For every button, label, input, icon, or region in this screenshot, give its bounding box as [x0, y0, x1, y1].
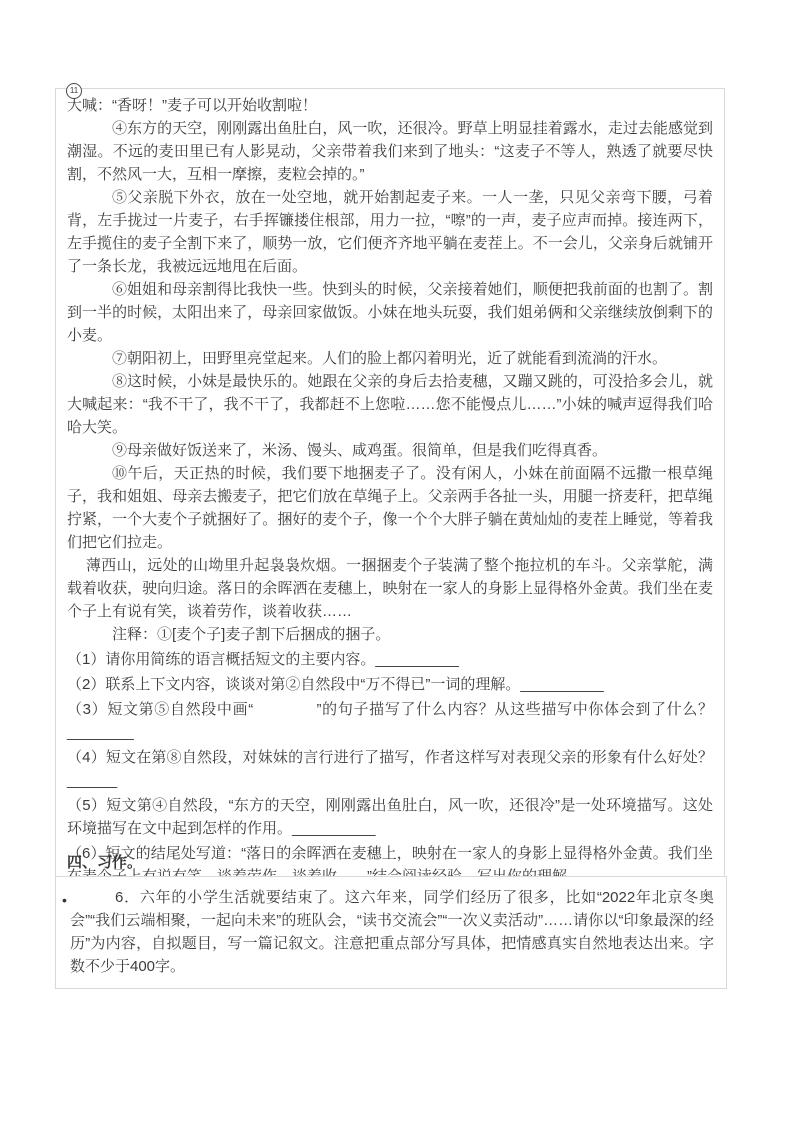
passage-paragraph: ⑤父亲脱下外衣，放在一处空地，就开始割起麦子来。一人一垄，只见父亲弯下腰，弓着背…: [67, 186, 713, 278]
section-heading-composition: 四、习作。: [67, 851, 142, 872]
question-text: （2）联系上下文内容，谈谈对第②自然段中“万不得已”一词的理解。: [67, 676, 520, 693]
question-item-4: （4）短文在第⑧自然段，对妹妹的言行进行了描写，作者这样写对表现父亲的形象有什么…: [67, 746, 713, 792]
passage-paragraph: ④东方的天空，刚刚露出鱼肚白，风一吹，还很冷。野草上明显挂着露水，走过去能感觉到…: [67, 117, 713, 186]
composition-task-panel: • 6．六年的小学生活就要结束了。这六年来，同学们经历了很多，比如“2022年北…: [55, 876, 727, 989]
question-item-5: （5）短文第④自然段，“东方的天空，刚刚露出鱼肚白，风一吹，还很冷”是一处环境描…: [67, 794, 713, 840]
question-item-3: （3）短文第⑤自然段中画“ ”的句子描写了什么内容？从这些描写中你体会到了什么？…: [67, 698, 713, 744]
question-text: （3）短文第⑤自然段中画“ ”的句子描写了什么内容？从这些描写中你体会到了什么？: [67, 701, 713, 718]
passage-paragraph: 大喊：“香呀！”麦子可以开始收割啦！: [67, 94, 713, 117]
reading-comprehension-panel: 11 大喊：“香呀！”麦子可以开始收割啦！ ④东方的天空，刚刚露出鱼肚白，风一吹…: [55, 88, 725, 901]
question-text: （1）请你用简练的语言概括短文的主要内容。: [67, 651, 375, 668]
question-text: （4）短文在第⑧自然段，对妹妹的言行进行了描写，作者这样写对表现父亲的形象有什么…: [67, 749, 713, 766]
answer-blank-line: __________: [292, 820, 375, 837]
answer-blank-line: __________: [375, 651, 458, 668]
passage-paragraph: 薄西山，远处的山坳里升起袅袅炊烟。一捆捆麦个子装满了整个拖拉机的车斗。父亲掌舵，…: [67, 554, 713, 623]
answer-blank-line: ________: [67, 724, 134, 741]
passage-paragraph: ⑥姐姐和母亲割得比我快一些。快到头的时候，父亲接着她们，顺便把我前面的也割了。割…: [67, 278, 713, 347]
question-item-2: （2）联系上下文内容，谈谈对第②自然段中“万不得已”一词的理解。________…: [67, 673, 713, 696]
passage-paragraph: ⑧这时候，小妹是最快乐的。她跟在父亲的身后去拾麦穗，又蹦又跳的，可没拾多会儿，就…: [67, 370, 713, 439]
answer-blank-line: __________: [520, 676, 603, 693]
exam-page: { "page": { "background": "#ffffff", "bo…: [0, 0, 794, 1123]
composition-task-text: 6．六年的小学生活就要结束了。这六年来，同学们经历了很多，比如“2022年北京冬…: [70, 886, 714, 978]
circled-11-marker: 11: [66, 83, 82, 99]
question-text: （5）短文第④自然段，“东方的天空，刚刚露出鱼肚白，风一吹，还很冷”是一处环境描…: [67, 797, 713, 837]
passage-paragraph: ⑨母亲做好饭送来了，米汤、馒头、咸鸡蛋。很简单，但是我们吃得真香。: [67, 439, 713, 462]
question-item-1: （1）请你用简练的语言概括短文的主要内容。__________: [67, 648, 713, 671]
passage-paragraph: ⑩午后，天正热的时候，我们要下地捆麦子了。没有闲人，小妹在前面隔不远撒一根草绳子…: [67, 462, 713, 554]
answer-blank-line: ______: [67, 772, 117, 789]
bullet-icon: •: [62, 889, 67, 912]
passage-note: 注释：①[麦个子]麦子割下后捆成的捆子。: [67, 623, 713, 646]
passage-paragraph: ⑦朝阳初上，田野里亮堂起来。人们的脸上都闪着明光，近了就能看到流淌的汗水。: [67, 347, 713, 370]
